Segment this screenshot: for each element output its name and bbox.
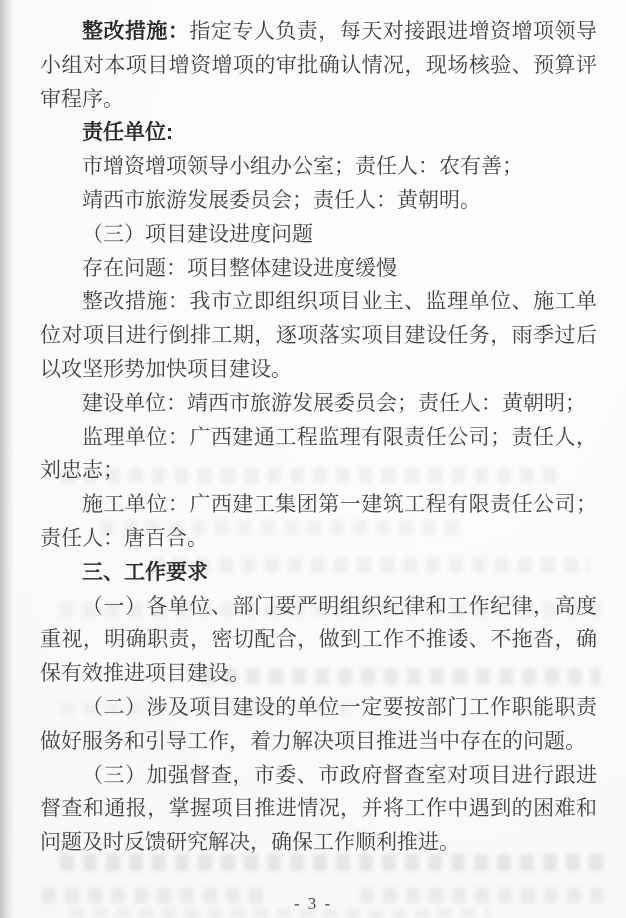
paragraph: （三）项目建设进度问题: [40, 218, 597, 252]
paragraph: 存在问题：项目整体建设进度缓慢: [40, 252, 597, 286]
text-run: （二）涉及项目建设的单位一定要按部门工作职能职责做好服务和引导工作，着力解决项目…: [40, 695, 597, 753]
paragraph: 监理单位：广西建通工程监理有限责任公司；责任人，刘忠志；: [40, 421, 597, 489]
paragraph: 市增资增项领导小组办公室；责任人：农有善；: [40, 150, 597, 184]
paragraph: 建设单位：靖西市旅游发展委员会；责任人：黄朝明；: [40, 387, 597, 421]
text-run: 监理单位：广西建通工程监理有限责任公司；责任人，刘忠志；: [40, 425, 597, 483]
text-run: 靖西市旅游发展委员会；责任人：黄朝明。: [82, 188, 481, 212]
text-run: 市增资增项领导小组办公室；责任人：农有善；: [82, 154, 523, 178]
scan-edge-shadow: [0, 0, 14, 918]
text-run: 施工单位：广西建工集团第一建筑工程有限责任公司；责任人：唐百合。: [40, 492, 597, 550]
paragraph: （一）各单位、部门要严明组织纪律和工作纪律，高度重视，明确职责，密切配合，做到工…: [40, 590, 597, 691]
bold-text-run: 三、工作要求: [82, 561, 208, 584]
text-run: 建设单位：靖西市旅游发展委员会；责任人：黄朝明；: [82, 391, 586, 415]
paragraph: 整改措施：指定专人负责，每天对接跟进增资增项领导小组对本项目增资增项的审批确认情…: [40, 15, 597, 116]
paragraph: 整改措施：我市立即组织项目业主、监理单位、施工单位对项目进行倒排工期，逐项落实项…: [40, 285, 597, 386]
bold-text-run: 责任单位:: [82, 121, 173, 144]
paragraph: 施工单位：广西建工集团第一建筑工程有限责任公司；责任人：唐百合。: [40, 488, 597, 556]
text-run: （三）项目建设进度问题: [82, 222, 313, 246]
text-run: 整改措施：我市立即组织项目业主、监理单位、施工单位对项目进行倒排工期，逐项落实项…: [40, 289, 597, 381]
paragraph: 三、工作要求: [40, 556, 597, 590]
bold-text-run: 整改措施：: [82, 20, 189, 43]
text-run: 存在问题：项目整体建设进度缓慢: [82, 256, 397, 280]
text-run: （三）加强督查，市委、市政府督查室对项目进行跟进督查和通报，掌握项目推进情况，并…: [40, 763, 597, 855]
paragraph: （二）涉及项目建设的单位一定要按部门工作职能职责做好服务和引导工作，着力解决项目…: [40, 691, 597, 759]
paragraph: 责任单位:: [40, 116, 597, 150]
page-number: - 3 -: [0, 894, 626, 914]
paragraph: 靖西市旅游发展委员会；责任人：黄朝明。: [40, 184, 597, 218]
paragraph: （三）加强督查，市委、市政府督查室对项目进行跟进督查和通报，掌握项目推进情况，并…: [40, 759, 597, 860]
text-run: （一）各单位、部门要严明组织纪律和工作纪律，高度重视，明确职责，密切配合，做到工…: [40, 594, 597, 686]
document-body: 整改措施：指定专人负责，每天对接跟进增资增项领导小组对本项目增资增项的审批确认情…: [40, 15, 597, 860]
